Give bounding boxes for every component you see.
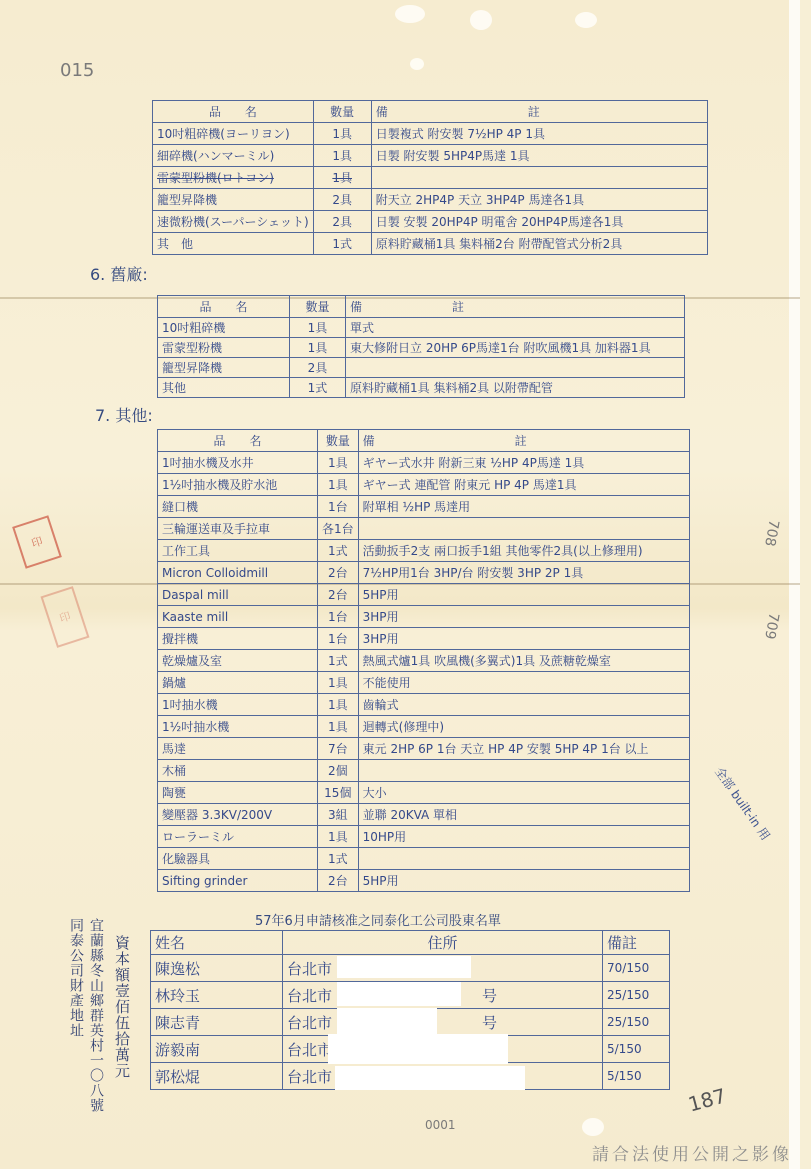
equipment-row: 雷蒙型粉機(ロトコン)1具	[153, 167, 708, 189]
equipment-row: 縫口機1台附單相 ½HP 馬達用	[158, 496, 690, 518]
item-name: 攪拌機	[158, 628, 318, 650]
table-header: 品 名 數量 備註	[153, 101, 708, 123]
equipment-row: 1吋抽水機及水井1具ギヤー式水井 附新三東 ½HP 4P馬達 1具	[158, 452, 690, 474]
item-name: 1½吋抽水機及貯水池	[158, 474, 318, 496]
item-qty: 1式	[290, 378, 346, 398]
margin-number: 709	[761, 611, 781, 640]
item-qty: 2具	[290, 358, 346, 378]
item-remarks: 5HP用	[358, 870, 689, 892]
item-remarks: 3HP用	[358, 628, 689, 650]
item-qty: 1具	[313, 123, 371, 145]
item-name: 雷蒙型粉機(ロトコン)	[153, 167, 314, 189]
item-remarks: 3HP用	[358, 606, 689, 628]
equipment-table-other: 品 名 數量 備註 1吋抽水機及水井1具ギヤー式水井 附新三東 ½HP 4P馬達…	[157, 429, 690, 892]
item-name: 陶甕	[158, 782, 318, 804]
item-name: 1吋抽水機及水井	[158, 452, 318, 474]
shareholder-name: 游毅南	[151, 1036, 283, 1063]
usage-watermark: 請合法使用公開之影像	[592, 1140, 792, 1165]
item-qty: 7台	[318, 738, 359, 760]
item-name: 雷蒙型粉機	[158, 338, 290, 358]
item-name: 10吋粗碎機(ヨーリヨン)	[153, 123, 314, 145]
item-qty: 1具	[318, 672, 359, 694]
shareholder-list-title: 57年6月申請核准之同泰化工公司股東名單	[255, 910, 501, 929]
sequence-number: 0001	[425, 1118, 456, 1132]
redaction	[335, 1066, 525, 1090]
item-qty: 2台	[318, 562, 359, 584]
equipment-row: 木桶2個	[158, 760, 690, 782]
item-name: 木桶	[158, 760, 318, 782]
equipment-row: 10吋粗碎機(ヨーリヨン)1具日製複式 附安製 7½HP 4P 1具	[153, 123, 708, 145]
item-name: 縫口機	[158, 496, 318, 518]
item-remarks: 東大修附日立 20HP 6P馬達1台 附吹風機1具 加料器1具	[346, 338, 685, 358]
col-address: 住所	[283, 931, 603, 955]
item-remarks: ギヤー式水井 附新三東 ½HP 4P馬達 1具	[358, 452, 689, 474]
red-seal: 印	[12, 515, 62, 569]
equipment-row: 鍋爐1具不能使用	[158, 672, 690, 694]
item-qty: 1具	[318, 452, 359, 474]
col-qty: 數量	[318, 430, 359, 452]
item-qty: 1式	[318, 848, 359, 870]
item-name: 細碎機(ハンマーミル)	[153, 145, 314, 167]
shareholder-shares: 25/150	[603, 1009, 670, 1036]
col-remarks: 備註	[358, 430, 689, 452]
punch-hole	[470, 10, 492, 30]
item-remarks	[371, 167, 707, 189]
item-qty: 1具	[318, 694, 359, 716]
table-header: 品 名 數量 備註	[158, 430, 690, 452]
item-qty: 1具	[318, 826, 359, 848]
item-remarks	[358, 760, 689, 782]
section-heading-other: 7. 其他:	[95, 403, 153, 426]
item-remarks: 附天立 2HP4P 天立 3HP4P 馬達各1具	[371, 189, 707, 211]
item-remarks	[358, 848, 689, 870]
item-remarks: 東元 2HP 6P 1台 天立 HP 4P 安製 5HP 4P 1台 以上	[358, 738, 689, 760]
item-remarks: 迴轉式(修理中)	[358, 716, 689, 738]
page-number-top: 015	[60, 60, 94, 81]
equipment-row: 乾燥爐及室1式熱風式爐1具 吹風機(多翼式)1具 及蔗糖乾燥室	[158, 650, 690, 672]
property-location-note: 宜蘭縣冬山鄉群英村一〇八號 同泰公司財產地址	[62, 918, 106, 1118]
equipment-row: 陶甕15個大小	[158, 782, 690, 804]
shareholder-shares: 5/150	[603, 1063, 670, 1090]
item-remarks	[346, 358, 685, 378]
col-remarks: 備註	[603, 931, 670, 955]
equipment-row: 化驗器具1式	[158, 848, 690, 870]
col-name: 品 名	[153, 101, 314, 123]
redaction	[337, 956, 471, 978]
item-name: Daspal mill	[158, 584, 318, 606]
equipment-row: Sifting grinder2台5HP用	[158, 870, 690, 892]
shareholder-shares: 25/150	[603, 982, 670, 1009]
equipment-row: 細碎機(ハンマーミル)1具日製 附安製 5HP4P馬達 1具	[153, 145, 708, 167]
item-name: 變壓器 3.3KV/200V	[158, 804, 318, 826]
item-qty: 2個	[318, 760, 359, 782]
shareholder-name: 郭松焜	[151, 1063, 283, 1090]
item-remarks: 齒輪式	[358, 694, 689, 716]
item-qty: 2台	[318, 584, 359, 606]
item-remarks: 活動扳手2支 兩口扳手1組 其他零件2具(以上修理用)	[358, 540, 689, 562]
item-remarks: 5HP用	[358, 584, 689, 606]
item-remarks: 7½HP用1台 3HP/台 附安製 3HP 2P 1具	[358, 562, 689, 584]
equipment-row: Kaaste mill1台3HP用	[158, 606, 690, 628]
red-seal: 印	[40, 586, 89, 648]
item-name: 三輪運送車及手拉車	[158, 518, 318, 540]
shareholder-name: 林玲玉	[151, 982, 283, 1009]
item-qty: 1式	[318, 540, 359, 562]
punch-hole	[395, 5, 425, 23]
item-qty: 1具	[313, 167, 371, 189]
item-qty: 1具	[290, 318, 346, 338]
table-header: 姓名 住所 備註	[151, 931, 670, 955]
item-remarks: 原料貯藏桶1具 集料桶2具 以附帶配管	[346, 378, 685, 398]
equipment-table-old-factory: 品 名 數量 備註 10吋粗碎機1具單式雷蒙型粉機1具東大修附日立 20HP 6…	[157, 295, 685, 398]
equipment-row: 籠型昇降機2具	[158, 358, 685, 378]
item-name: 速微粉機(スーパーシェット)	[153, 211, 314, 233]
redaction	[337, 982, 461, 1006]
equipment-table-1: 品 名 數量 備註 10吋粗碎機(ヨーリヨン)1具日製複式 附安製 7½HP 4…	[152, 100, 708, 255]
item-qty: 1具	[290, 338, 346, 358]
punch-hole	[575, 12, 597, 28]
item-name: 其他	[158, 378, 290, 398]
item-qty: 15個	[318, 782, 359, 804]
item-qty: 1式	[318, 650, 359, 672]
circled-page-number: 187	[686, 1083, 729, 1116]
col-qty: 數量	[290, 296, 346, 318]
item-remarks: 大小	[358, 782, 689, 804]
item-qty: 各1台	[318, 518, 359, 540]
redaction	[337, 1008, 437, 1034]
equipment-row: 工作工具1式活動扳手2支 兩口扳手1組 其他零件2具(以上修理用)	[158, 540, 690, 562]
equipment-row: Micron Colloidmill2台7½HP用1台 3HP/台 附安製 3H…	[158, 562, 690, 584]
col-name: 姓名	[151, 931, 283, 955]
item-remarks: ギヤー式 連配管 附東元 HP 4P 馬達1具	[358, 474, 689, 496]
col-remarks: 備註	[346, 296, 685, 318]
item-name: Kaaste mill	[158, 606, 318, 628]
item-name: 1吋抽水機	[158, 694, 318, 716]
item-remarks: 熱風式爐1具 吹風機(多翼式)1具 及蔗糖乾燥室	[358, 650, 689, 672]
equipment-row: 其 他1式原料貯藏桶1具 集料桶2台 附帶配管式分析2具	[153, 233, 708, 255]
item-name: 其 他	[153, 233, 314, 255]
item-name: 籠型昇降機	[158, 358, 290, 378]
item-name: 化驗器具	[158, 848, 318, 870]
shareholder-shares: 5/150	[603, 1036, 670, 1063]
equipment-row: 10吋粗碎機1具單式	[158, 318, 685, 338]
item-remarks: 日製 附安製 5HP4P馬達 1具	[371, 145, 707, 167]
item-name: 工作工具	[158, 540, 318, 562]
equipment-row: Daspal mill2台5HP用	[158, 584, 690, 606]
document-page: 015 708 709 187 0001 品 名 數量 備註 10吋粗碎機(ヨー…	[0, 0, 800, 1169]
item-remarks: 日製 安製 20HP4P 明電舍 20HP4P馬達各1具	[371, 211, 707, 233]
item-qty: 1式	[313, 233, 371, 255]
table-header: 品 名 數量 備註	[158, 296, 685, 318]
equipment-row: 攪拌機1台3HP用	[158, 628, 690, 650]
item-name: 籠型昇降機	[153, 189, 314, 211]
item-qty: 1台	[318, 606, 359, 628]
punch-hole	[582, 1118, 604, 1136]
item-name: 10吋粗碎機	[158, 318, 290, 338]
shareholder-name: 陳逸松	[151, 955, 283, 982]
item-name: ローラーミル	[158, 826, 318, 848]
equipment-row: ローラーミル1具10HP用	[158, 826, 690, 848]
equipment-row: 馬達7台東元 2HP 6P 1台 天立 HP 4P 安製 5HP 4P 1台 以…	[158, 738, 690, 760]
item-qty: 2具	[313, 211, 371, 233]
item-qty: 1台	[318, 496, 359, 518]
item-remarks	[358, 518, 689, 540]
item-qty: 2台	[318, 870, 359, 892]
equipment-row: 速微粉機(スーパーシェット)2具日製 安製 20HP4P 明電舍 20HP4P馬…	[153, 211, 708, 233]
item-remarks: 單式	[346, 318, 685, 338]
margin-number: 708	[761, 518, 781, 547]
item-name: 1½吋抽水機	[158, 716, 318, 738]
item-qty: 3組	[318, 804, 359, 826]
equipment-row: 1½吋抽水機及貯水池1具ギヤー式 連配管 附東元 HP 4P 馬達1具	[158, 474, 690, 496]
punch-hole	[410, 58, 424, 70]
item-remarks: 日製複式 附安製 7½HP 4P 1具	[371, 123, 707, 145]
item-qty: 2具	[313, 189, 371, 211]
equipment-row: 1½吋抽水機1具迴轉式(修理中)	[158, 716, 690, 738]
equipment-row: 三輪運送車及手拉車各1台	[158, 518, 690, 540]
item-qty: 1具	[318, 716, 359, 738]
shareholder-shares: 70/150	[603, 955, 670, 982]
item-name: Micron Colloidmill	[158, 562, 318, 584]
equipment-row: 籠型昇降機2具附天立 2HP4P 天立 3HP4P 馬達各1具	[153, 189, 708, 211]
equipment-row: 雷蒙型粉機1具東大修附日立 20HP 6P馬達1台 附吹風機1具 加料器1具	[158, 338, 685, 358]
col-name: 品 名	[158, 296, 290, 318]
item-name: 鍋爐	[158, 672, 318, 694]
item-qty: 1具	[313, 145, 371, 167]
margin-note: 全部 built-in 用	[711, 764, 774, 844]
equipment-row: 變壓器 3.3KV/200V3組並聯 20KVA 單相	[158, 804, 690, 826]
item-remarks: 10HP用	[358, 826, 689, 848]
shareholder-name: 陳志青	[151, 1009, 283, 1036]
shareholder-address: 台北市号	[283, 1009, 603, 1036]
item-remarks: 並聯 20KVA 單相	[358, 804, 689, 826]
item-remarks: 原料貯藏桶1具 集料桶2台 附帶配管式分析2具	[371, 233, 707, 255]
redaction	[328, 1034, 508, 1064]
item-qty: 1台	[318, 628, 359, 650]
item-name: Sifting grinder	[158, 870, 318, 892]
equipment-row: 其他1式原料貯藏桶1具 集料桶2具 以附帶配管	[158, 378, 685, 398]
col-qty: 數量	[313, 101, 371, 123]
item-remarks: 附單相 ½HP 馬達用	[358, 496, 689, 518]
section-heading-old-factory: 6. 舊廠:	[90, 262, 148, 285]
item-name: 馬達	[158, 738, 318, 760]
equipment-row: 1吋抽水機1具齒輪式	[158, 694, 690, 716]
item-name: 乾燥爐及室	[158, 650, 318, 672]
capital-note: 資本額壹佰伍拾萬元	[112, 935, 133, 1115]
col-name: 品 名	[158, 430, 318, 452]
item-remarks: 不能使用	[358, 672, 689, 694]
item-qty: 1具	[318, 474, 359, 496]
col-remarks: 備註	[371, 101, 707, 123]
